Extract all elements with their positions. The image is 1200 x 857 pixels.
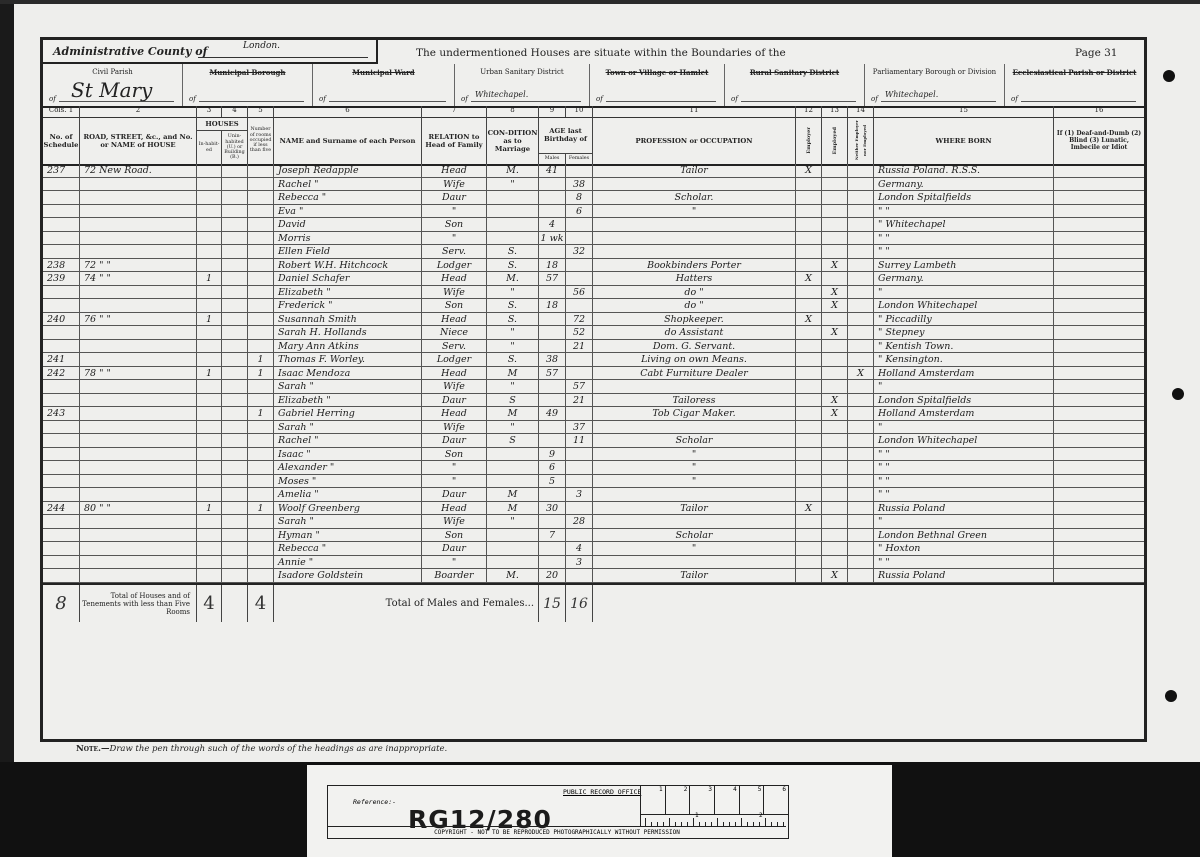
occupation: Tailor — [593, 569, 796, 582]
employed-mark: X — [822, 299, 848, 312]
occupation: do Assistant — [593, 326, 796, 339]
schedule-number: 239 — [43, 272, 80, 285]
male-age — [539, 515, 566, 528]
employer-mark — [796, 434, 822, 447]
relation: Niece — [422, 326, 487, 339]
relation: Son — [422, 218, 487, 231]
employer-mark — [796, 461, 822, 474]
county-label: Administrative County of — [53, 45, 207, 58]
rooms-count — [248, 461, 274, 474]
female-age — [566, 475, 593, 488]
neither-mark — [848, 394, 874, 407]
employed-mark — [822, 218, 848, 231]
relation: Serv. — [422, 245, 487, 258]
male-age: 5 — [539, 475, 566, 488]
employed-mark — [822, 529, 848, 542]
inhabited-count — [197, 259, 222, 272]
rooms-count — [248, 556, 274, 569]
rooms-count — [248, 218, 274, 231]
reference-box: PUBLIC RECORD OFFICE Reference:- RG12/28… — [327, 785, 789, 839]
birthplace: " — [874, 421, 1054, 434]
address — [80, 245, 197, 258]
table-row: Sarah "Wife"28" — [43, 515, 1144, 529]
header-occupation: PROFESSION or OCCUPATION — [593, 117, 796, 164]
person-name: Elizabeth " — [274, 394, 422, 407]
neither-mark — [848, 259, 874, 272]
male-age — [539, 380, 566, 393]
person-name: Woolf Greenberg — [274, 502, 422, 515]
inhabited-count — [197, 542, 222, 555]
person-name: Isaac " — [274, 448, 422, 461]
relation: Lodger — [422, 259, 487, 272]
person-name: Ellen Field — [274, 245, 422, 258]
employed-mark — [822, 461, 848, 474]
neither-mark — [848, 218, 874, 231]
employed-mark — [822, 353, 848, 366]
occupation: " — [593, 475, 796, 488]
employer-mark — [796, 340, 822, 353]
schedule-number — [43, 205, 80, 218]
header-employed: Employed — [822, 117, 848, 164]
rooms-count — [248, 434, 274, 447]
uninhabited — [222, 232, 248, 245]
person-name: Thomas F. Worley. — [274, 353, 422, 366]
uninhabited — [222, 259, 248, 272]
footnote: Note.—Draw the pen through such of the w… — [76, 744, 447, 754]
male-age — [539, 434, 566, 447]
occupation: Shopkeeper. — [593, 313, 796, 326]
total-houses-label: Total of Houses and of Tenements with le… — [80, 592, 196, 616]
person-name: Sarah H. Hollands — [274, 326, 422, 339]
person-name: Morris — [274, 232, 422, 245]
neither-mark — [848, 461, 874, 474]
employer-mark — [796, 353, 822, 366]
marital-condition — [487, 191, 539, 204]
employed-mark — [822, 272, 848, 285]
neither-mark — [848, 529, 874, 542]
table-row: 24278 " "11Isaac MendozaHeadM57Cabt Furn… — [43, 367, 1144, 381]
uninhabited — [222, 218, 248, 231]
male-age: 18 — [539, 299, 566, 312]
rooms-count — [248, 313, 274, 326]
employed-mark — [822, 313, 848, 326]
relation: Son — [422, 299, 487, 312]
uninhabited — [222, 421, 248, 434]
male-age — [539, 178, 566, 191]
district-rural-sanitary: Rural Sanitary District of — [725, 64, 865, 106]
employed-mark — [822, 515, 848, 528]
address — [80, 299, 197, 312]
uninhabited — [222, 448, 248, 461]
address — [80, 340, 197, 353]
birthplace: " Stepney — [874, 326, 1054, 339]
address — [80, 542, 197, 555]
table-row: DavidSon4" Whitechapel — [43, 218, 1144, 232]
employed-mark: X — [822, 394, 848, 407]
occupation: Bookbinders Porter — [593, 259, 796, 272]
table-row: Sarah "Wife"37" — [43, 421, 1144, 435]
inhabited-count: 1 — [197, 313, 222, 326]
marital-condition: " — [487, 421, 539, 434]
district-ecclesiastical: Ecclesiastical Parish or District of — [1005, 64, 1144, 106]
occupation: Scholar — [593, 434, 796, 447]
rooms-count — [248, 245, 274, 258]
occupation: " — [593, 448, 796, 461]
uninhabited — [222, 313, 248, 326]
employer-mark — [796, 421, 822, 434]
schedule-number: 240 — [43, 313, 80, 326]
total-rooms: 4 — [255, 593, 266, 614]
rooms-count: 1 — [248, 502, 274, 515]
neither-mark — [848, 272, 874, 285]
scale-tick — [645, 818, 646, 826]
inhabited-count — [197, 353, 222, 366]
measurement-scale: 1 2 3 4 5 6 1 2 — [640, 786, 789, 826]
header-age: AGE last Birthday of — [539, 117, 593, 153]
employer-mark: X — [796, 164, 822, 177]
employer-mark — [796, 448, 822, 461]
employer-mark: X — [796, 272, 822, 285]
relation: Lodger — [422, 353, 487, 366]
occupation — [593, 232, 796, 245]
female-age: 21 — [566, 394, 593, 407]
schedule-number: 243 — [43, 407, 80, 420]
occupation: do " — [593, 286, 796, 299]
employed-mark — [822, 164, 848, 177]
inhabited-count — [197, 515, 222, 528]
employer-mark — [796, 569, 822, 582]
address: 76 " " — [80, 313, 197, 326]
employed-mark — [822, 178, 848, 191]
uninhabited — [222, 461, 248, 474]
relation: " — [422, 475, 487, 488]
birthplace: " Hoxton — [874, 542, 1054, 555]
infirmity — [1054, 556, 1144, 569]
address — [80, 218, 197, 231]
inhabited-count — [197, 245, 222, 258]
employer-mark — [796, 326, 822, 339]
schedule-number — [43, 380, 80, 393]
infirmity — [1054, 286, 1144, 299]
female-age: 37 — [566, 421, 593, 434]
employer-mark — [796, 515, 822, 528]
neither-mark — [848, 191, 874, 204]
inhabited-count — [197, 299, 222, 312]
district-town-village: Town or Village or Hamlet of — [590, 64, 725, 106]
copyright-notice: COPYRIGHT - NOT TO BE REPRODUCED PHOTOGR… — [328, 826, 786, 838]
column-headers: No. of Schedule ROAD, STREET, &c., and N… — [43, 117, 1144, 166]
marital-condition: " — [487, 326, 539, 339]
header-inhabited: In-habit-ed — [197, 131, 222, 164]
relation: Wife — [422, 178, 487, 191]
neither-mark — [848, 286, 874, 299]
marital-condition — [487, 232, 539, 245]
male-age — [539, 191, 566, 204]
address — [80, 286, 197, 299]
punch-hole-icon — [1165, 690, 1177, 702]
female-age: 21 — [566, 340, 593, 353]
rooms-count: 1 — [248, 367, 274, 380]
table-row: Hyman "Son7ScholarLondon Bethnal Green — [43, 529, 1144, 543]
occupation: Scholar — [593, 529, 796, 542]
employer-mark — [796, 178, 822, 191]
female-age — [566, 232, 593, 245]
schedule-number — [43, 286, 80, 299]
person-name: Rachel " — [274, 178, 422, 191]
occupation — [593, 380, 796, 393]
infirmity — [1054, 259, 1144, 272]
header-where-born: WHERE BORN — [874, 117, 1054, 164]
marital-condition: " — [487, 340, 539, 353]
rooms-count — [248, 448, 274, 461]
header-name: NAME and Surname of each Person — [274, 117, 422, 164]
inhabited-count — [197, 164, 222, 177]
employed-mark — [822, 205, 848, 218]
relation: Head — [422, 367, 487, 380]
occupation: Living on own Means. — [593, 353, 796, 366]
address — [80, 353, 197, 366]
uninhabited — [222, 326, 248, 339]
male-age — [539, 340, 566, 353]
female-age — [566, 299, 593, 312]
rooms-count — [248, 178, 274, 191]
address: 74 " " — [80, 272, 197, 285]
birthplace: Surrey Lambeth — [874, 259, 1054, 272]
table-row: Morris"1 wk" " — [43, 232, 1144, 246]
uninhabited — [222, 340, 248, 353]
uninhabited — [222, 178, 248, 191]
infirmity — [1054, 515, 1144, 528]
relation: Daur — [422, 191, 487, 204]
relation: Head — [422, 272, 487, 285]
inhabited-count: 1 — [197, 272, 222, 285]
infirmity — [1054, 367, 1144, 380]
relation: Son — [422, 529, 487, 542]
male-age: 6 — [539, 461, 566, 474]
employer-mark — [796, 205, 822, 218]
rooms-count — [248, 259, 274, 272]
occupation: " — [593, 461, 796, 474]
inhabited-count — [197, 191, 222, 204]
schedule-number — [43, 232, 80, 245]
schedule-number — [43, 448, 80, 461]
scale-tick — [717, 818, 718, 826]
relation: Daur — [422, 394, 487, 407]
table-row: Moses ""5"" " — [43, 475, 1144, 489]
female-age — [566, 569, 593, 582]
relation: Head — [422, 313, 487, 326]
marital-condition — [487, 205, 539, 218]
schedule-number — [43, 569, 80, 582]
table-row: 23772 New Road.Joseph RedappleHeadM.41Ta… — [43, 164, 1144, 178]
address — [80, 178, 197, 191]
scale-inches: 1 2 — [641, 814, 789, 826]
schedule-number — [43, 245, 80, 258]
schedule-number: 238 — [43, 259, 80, 272]
female-age: 6 — [566, 205, 593, 218]
employer-mark — [796, 232, 822, 245]
inhabited-count — [197, 178, 222, 191]
header-condition: CON-DITION as to Marriage — [487, 117, 539, 164]
female-age — [566, 448, 593, 461]
male-age: 41 — [539, 164, 566, 177]
header-females: Females — [566, 153, 593, 164]
county-value: London. — [243, 41, 280, 51]
marital-condition: " — [487, 178, 539, 191]
person-name: David — [274, 218, 422, 231]
relation: Wife — [422, 380, 487, 393]
address — [80, 556, 197, 569]
table-row: Mary Ann AtkinsServ."21Dom. G. Servant."… — [43, 340, 1144, 354]
male-age: 30 — [539, 502, 566, 515]
punch-hole-icon — [1172, 388, 1184, 400]
marital-condition: " — [487, 380, 539, 393]
employer-mark: X — [796, 313, 822, 326]
inhabited-count — [197, 326, 222, 339]
marital-condition: M — [487, 488, 539, 501]
schedule-number — [43, 218, 80, 231]
employer-mark — [796, 488, 822, 501]
page-number: Page 31 — [1075, 47, 1118, 59]
district-row: Civil Parish of St Mary Municipal Boroug… — [43, 64, 1144, 108]
scale-tick — [741, 818, 742, 826]
male-age: 18 — [539, 259, 566, 272]
male-age — [539, 205, 566, 218]
female-age — [566, 461, 593, 474]
occupation: " — [593, 542, 796, 555]
employed-mark — [822, 434, 848, 447]
infirmity — [1054, 245, 1144, 258]
female-age: 4 — [566, 542, 593, 555]
uninhabited — [222, 367, 248, 380]
person-name: Rachel " — [274, 434, 422, 447]
infirmity — [1054, 542, 1144, 555]
inhabited-count: 1 — [197, 502, 222, 515]
relation: Head — [422, 407, 487, 420]
male-age: 57 — [539, 272, 566, 285]
female-age — [566, 529, 593, 542]
employer-mark — [796, 286, 822, 299]
birthplace: London Whitechapel — [874, 434, 1054, 447]
birthplace: " Piccadilly — [874, 313, 1054, 326]
marital-condition: S. — [487, 313, 539, 326]
table-row: Amelia "DaurM3" " — [43, 488, 1144, 502]
infirmity — [1054, 164, 1144, 177]
address — [80, 205, 197, 218]
uninhabited — [222, 529, 248, 542]
total-mf-label: Total of Males and Females... — [386, 598, 534, 609]
total-males: 15 — [543, 596, 561, 612]
marital-condition — [487, 448, 539, 461]
uninhabited — [222, 502, 248, 515]
marital-condition — [487, 556, 539, 569]
male-age: 38 — [539, 353, 566, 366]
employer-mark — [796, 191, 822, 204]
occupation: Tailor — [593, 164, 796, 177]
relation: Daur — [422, 434, 487, 447]
employer-mark — [796, 529, 822, 542]
address — [80, 569, 197, 582]
male-age — [539, 286, 566, 299]
neither-mark — [848, 164, 874, 177]
occupation: Tailoress — [593, 394, 796, 407]
male-age: 20 — [539, 569, 566, 582]
inhabited-count — [197, 286, 222, 299]
rooms-count — [248, 488, 274, 501]
rooms-count — [248, 569, 274, 582]
record-office-label: PUBLIC RECORD OFFICE — [563, 788, 641, 796]
person-name: Sarah " — [274, 380, 422, 393]
person-name: Sarah " — [274, 515, 422, 528]
male-age: 57 — [539, 367, 566, 380]
relation: Serv. — [422, 340, 487, 353]
table-row: Elizabeth "Wife"56do "X" — [43, 286, 1144, 300]
employed-mark — [822, 556, 848, 569]
uninhabited — [222, 434, 248, 447]
table-row: Isadore GoldsteinBoarderM.20TailorXRussi… — [43, 569, 1144, 583]
table-row: Sarah "Wife"57" — [43, 380, 1144, 394]
marital-condition: S — [487, 434, 539, 447]
uninhabited — [222, 407, 248, 420]
person-name: Susannah Smith — [274, 313, 422, 326]
relation: Son — [422, 448, 487, 461]
male-age — [539, 313, 566, 326]
infirmity — [1054, 407, 1144, 420]
infirmity — [1054, 313, 1144, 326]
female-age: 72 — [566, 313, 593, 326]
schedule-number — [43, 556, 80, 569]
neither-mark — [848, 407, 874, 420]
person-name: Hyman " — [274, 529, 422, 542]
birthplace: " " — [874, 475, 1054, 488]
table-row: Rebecca "Daur4"" Hoxton — [43, 542, 1144, 556]
female-age: 56 — [566, 286, 593, 299]
birthplace: Germany. — [874, 272, 1054, 285]
rooms-count — [248, 394, 274, 407]
schedule-number — [43, 191, 80, 204]
neither-mark — [848, 326, 874, 339]
birthplace: Russia Poland — [874, 569, 1054, 582]
neither-mark — [848, 245, 874, 258]
schedule-number — [43, 340, 80, 353]
occupation: " — [593, 205, 796, 218]
person-name: Frederick " — [274, 299, 422, 312]
birthplace: Holland Amsterdam — [874, 367, 1054, 380]
person-name: Alexander " — [274, 461, 422, 474]
infirmity — [1054, 475, 1144, 488]
inhabited-count — [197, 488, 222, 501]
employed-mark — [822, 232, 848, 245]
neither-mark — [848, 313, 874, 326]
total-females: 16 — [570, 596, 588, 612]
reference-slip: PUBLIC RECORD OFFICE Reference:- RG12/28… — [307, 765, 892, 857]
uninhabited — [222, 205, 248, 218]
header-houses: HOUSES — [197, 117, 248, 131]
marital-condition: " — [487, 515, 539, 528]
uninhabited — [222, 299, 248, 312]
birthplace: Russia Poland. R.S.S. — [874, 164, 1054, 177]
infirmity — [1054, 178, 1144, 191]
rooms-count — [248, 515, 274, 528]
employed-mark — [822, 421, 848, 434]
female-age: 52 — [566, 326, 593, 339]
occupation — [593, 218, 796, 231]
scale-cm: 1 2 3 4 5 6 — [641, 786, 789, 815]
rooms-count — [248, 326, 274, 339]
female-age: 57 — [566, 380, 593, 393]
neither-mark — [848, 299, 874, 312]
infirmity — [1054, 529, 1144, 542]
